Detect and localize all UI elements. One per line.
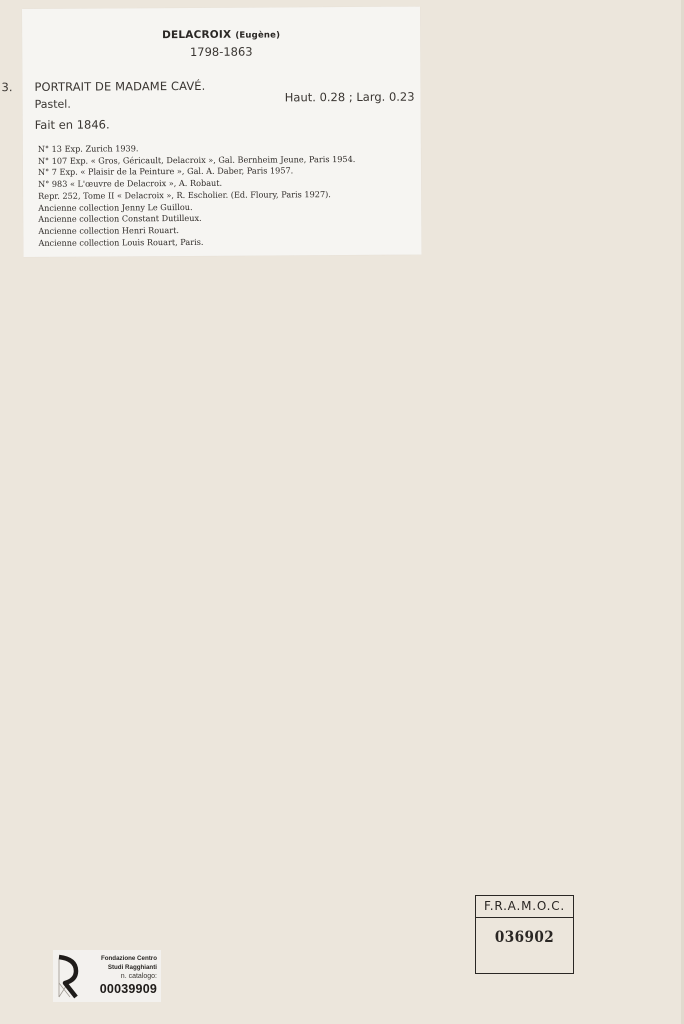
artwork-dimensions: Haut. 0.28 ; Larg. 0.23 — [285, 90, 415, 105]
artwork-date: Fait en 1846. — [35, 117, 110, 131]
foundation-name-line2: Studi Ragghianti — [83, 963, 157, 972]
artwork-title: PORTRAIT DE MADAME CAVÉ. — [34, 79, 205, 94]
provenance-item: Ancienne collection Louis Rouart, Paris. — [38, 236, 355, 250]
framoc-stamp: F.R.A.M.O.C. 036902 — [475, 895, 574, 974]
foundation-name-line1: Fondazione Centro — [83, 954, 157, 963]
artwork-medium: Pastel. — [35, 98, 71, 111]
artwork-label-card: DELACROIX(Eugène) 1798-1863 3. PORTRAIT … — [22, 7, 422, 257]
artist-dates: 1798-1863 — [22, 44, 420, 60]
foundation-name: Fondazione Centro Studi Ragghianti — [83, 954, 157, 972]
entry-number: 3. — [1, 80, 12, 94]
catalog-number-value: 00039909 — [100, 982, 157, 996]
artist-first-name: (Eugène) — [235, 30, 280, 40]
provenance-list: N° 13 Exp. Zurich 1939. N° 107 Exp. « Gr… — [38, 142, 363, 249]
catalog-number-label: n. catalogo: — [121, 973, 157, 980]
framoc-stamp-header: F.R.A.M.O.C. — [476, 896, 573, 918]
foundation-catalog-label: Fondazione Centro Studi Ragghianti n. ca… — [53, 950, 161, 1002]
artist-heading: DELACROIX(Eugène) — [22, 28, 420, 42]
artist-surname: DELACROIX — [162, 29, 231, 41]
framoc-stamp-number: 036902 — [483, 927, 565, 946]
fondazione-ragghianti-logo-icon — [56, 953, 80, 999]
